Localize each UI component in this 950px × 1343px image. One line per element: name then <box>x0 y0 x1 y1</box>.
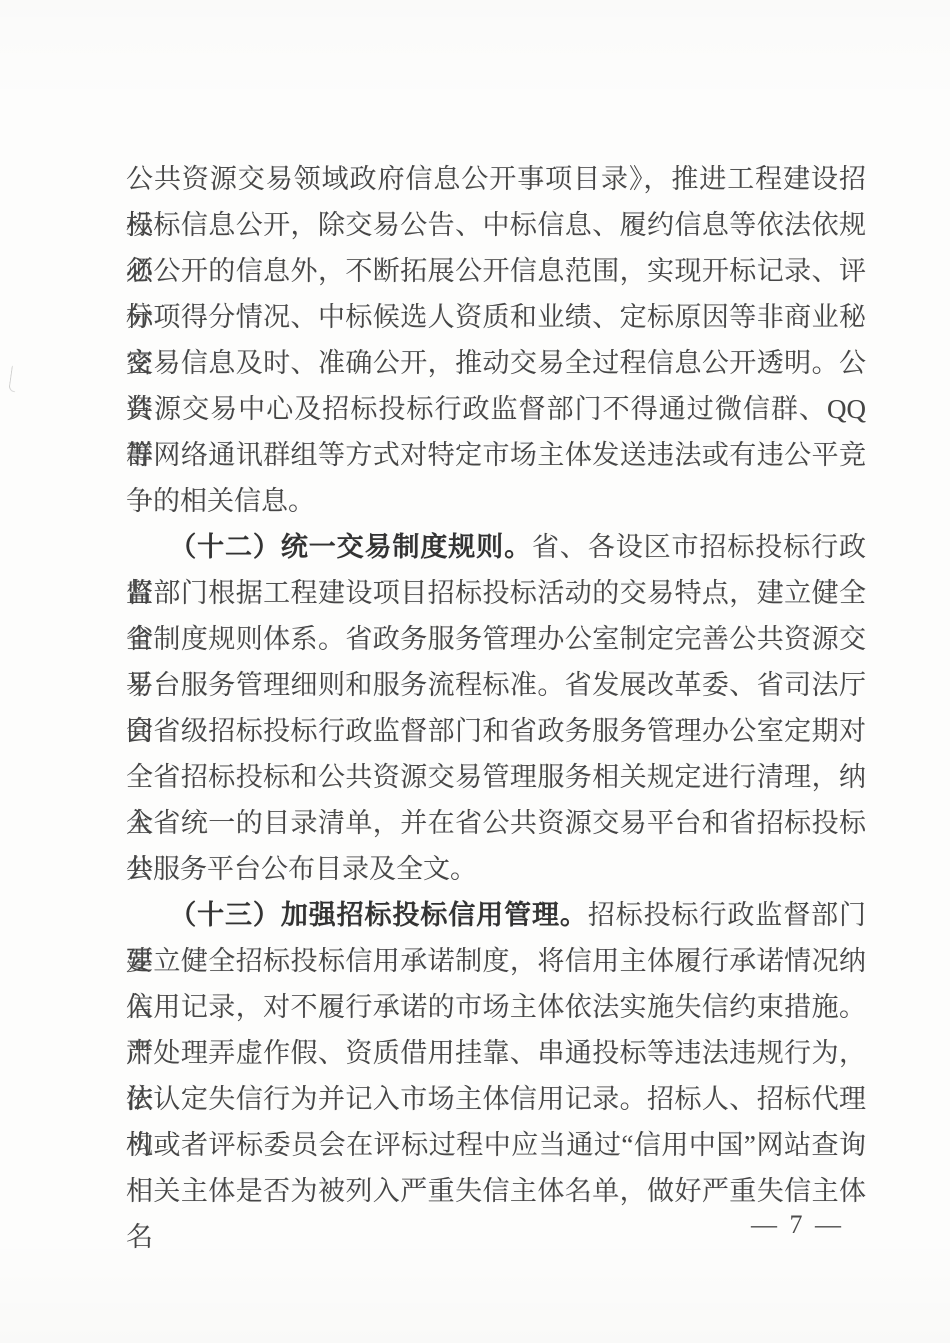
text-line: 分项得分情况、中标候选人资质和业绩、定标原因等非商业秘密 <box>126 294 866 340</box>
text-line: 资源交易中心及招标投标行政监督部门不得通过微信群、QQ群 <box>126 386 866 432</box>
text-line: 交易信息及时、准确公开，推动交易全过程信息公开透明。公共 <box>126 340 866 386</box>
clause-heading: （十二）统一交易制度规则。 <box>169 532 532 562</box>
text-line: 同省级招标投标行政监督部门和省政务服务管理办公室定期对 <box>126 708 866 754</box>
text-line: 相关主体是否为被列入严重失信主体名单，做好严重失信主体名 <box>126 1168 866 1214</box>
text-line: 投标信息公开，除交易公告、中标信息、履约信息等依法依规必 <box>126 202 866 248</box>
text-line: 争的相关信息。 <box>126 478 866 524</box>
text-line: 共服务平台公布目录及全文。 <box>126 846 866 892</box>
text-line: 肃处理弄虚作假、资质借用挂靠、串通投标等违法违规行为，依 <box>126 1030 866 1076</box>
text-line: 等网络通讯群组等方式对特定市场主体发送违法或有违公平竞 <box>126 432 866 478</box>
text-line: 信用记录，对不履行承诺的市场主体依法实施失信约束措施。严 <box>126 984 866 1030</box>
text-line: （十二）统一交易制度规则。省、各设区市招标投标行政监 <box>126 524 866 570</box>
document-page: 公共资源交易领域政府信息公开事项目录》，推进工程建设招标投标信息公开，除交易公告… <box>0 0 950 1343</box>
text-line: 平台服务管理细则和服务流程标准。省发展改革委、省司法厅会 <box>126 662 866 708</box>
text-line: 全省统一的目录清单，并在省公共资源交易平台和省招标投标公 <box>126 800 866 846</box>
page-number: — 7 — <box>751 1210 844 1240</box>
text-line: 督部门根据工程建设项目招标投标活动的交易特点，建立健全全 <box>126 570 866 616</box>
clause-heading: （十三）加强招标投标信用管理。 <box>169 900 588 930</box>
scan-artifact-mark <box>8 366 19 393</box>
text-line: （十三）加强招标投标信用管理。招标投标行政监督部门要 <box>126 892 866 938</box>
text-line: 建立健全招标投标信用承诺制度，将信用主体履行承诺情况纳入 <box>126 938 866 984</box>
text-line: 须公开的信息外，不断拓展公开信息范围，实现开标记录、评标 <box>126 248 866 294</box>
text-line: 全省招标投标和公共资源交易管理服务相关规定进行清理，纳入 <box>126 754 866 800</box>
text-line: 构或者评标委员会在评标过程中应当通过“信用中国”网站查询 <box>126 1122 866 1168</box>
text-line: 公共资源交易领域政府信息公开事项目录》，推进工程建设招标 <box>126 156 866 202</box>
text-line: 法认定失信行为并记入市场主体信用记录。招标人、招标代理机 <box>126 1076 866 1122</box>
text-block: 公共资源交易领域政府信息公开事项目录》，推进工程建设招标投标信息公开，除交易公告… <box>126 156 866 1214</box>
text-line: 省制度规则体系。省政务服务管理办公室制定完善公共资源交易 <box>126 616 866 662</box>
